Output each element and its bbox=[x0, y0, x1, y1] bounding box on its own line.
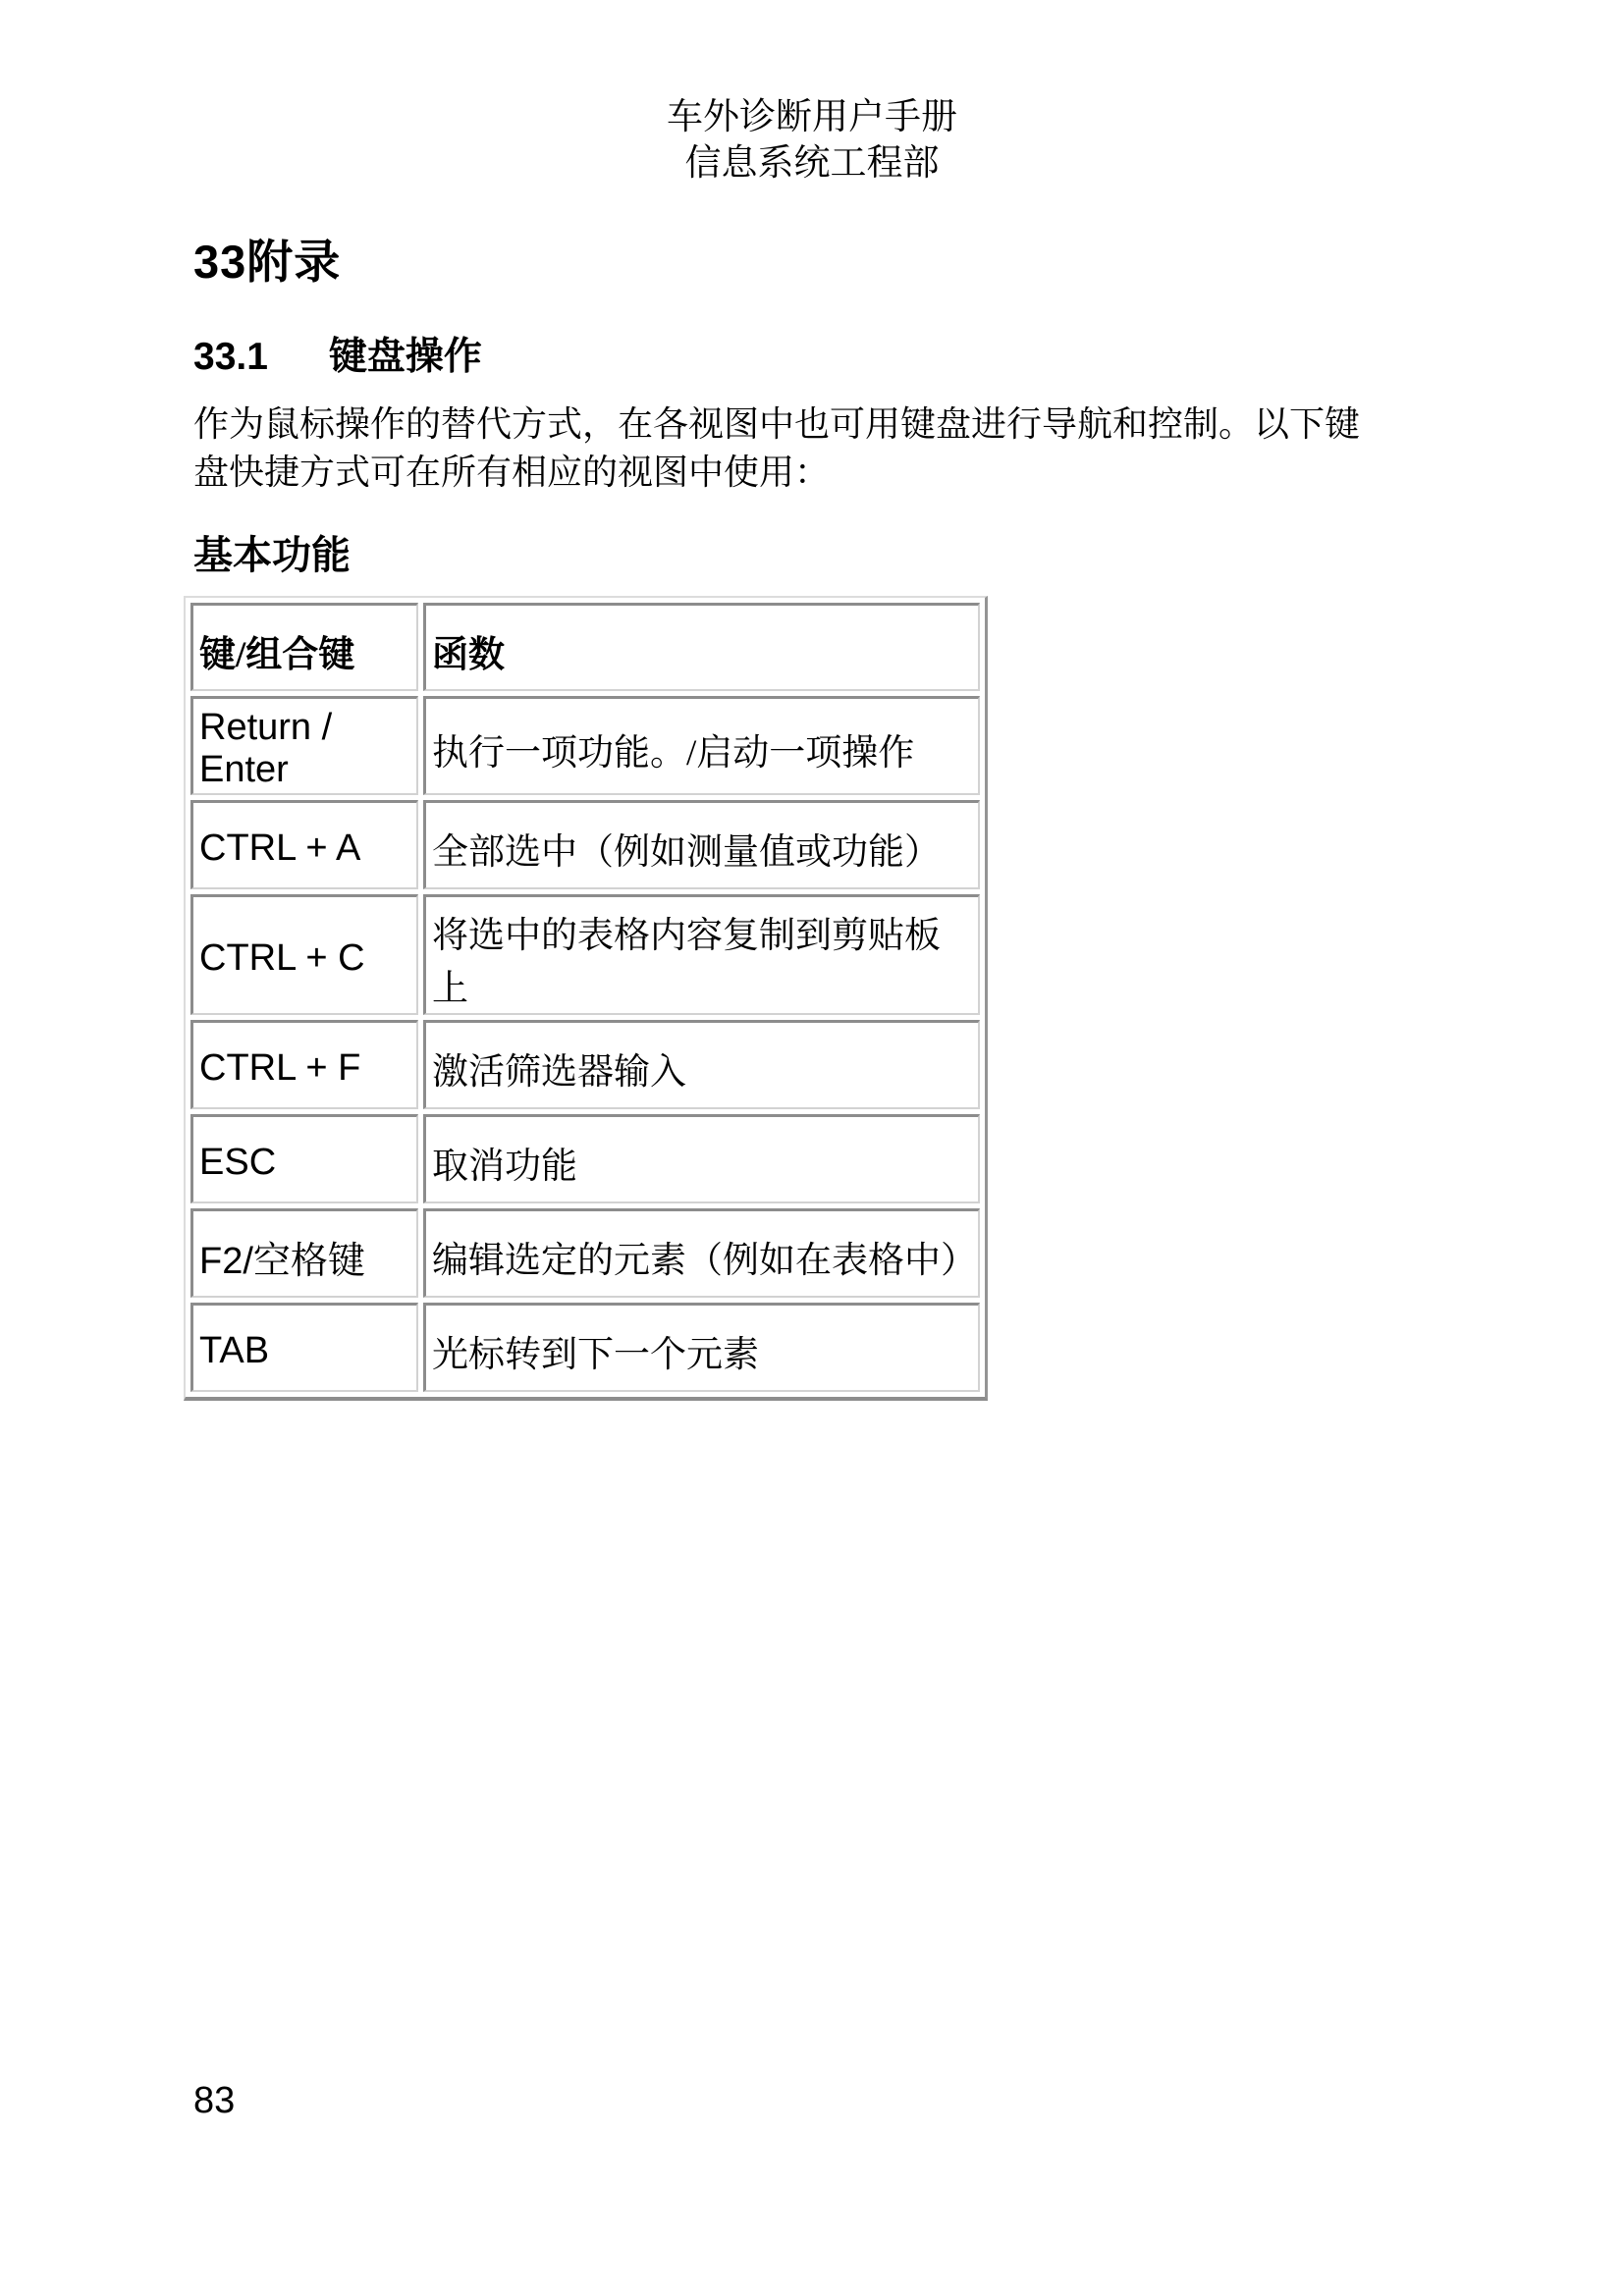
intro-line-2: 盘快捷方式可在所有相应的视图中使用： bbox=[193, 449, 1450, 497]
table-row: F2/空格键编辑选定的元素（例如在表格中） bbox=[190, 1208, 980, 1298]
function-cell: 执行一项功能。/启动一项操作 bbox=[423, 696, 980, 795]
function-cell: 将选中的表格内容复制到剪贴板上 bbox=[423, 894, 980, 1015]
section-heading: 33.1键盘操作 bbox=[193, 336, 482, 379]
basic-functions-subheading: 基本功能 bbox=[193, 533, 351, 578]
column-header-function: 函数 bbox=[423, 603, 980, 691]
table-row: Return / Enter执行一项功能。/启动一项操作 bbox=[190, 696, 980, 795]
key-cell: CTRL + A bbox=[190, 800, 418, 889]
section-number: 33.1 bbox=[193, 336, 268, 378]
function-cell: 激活筛选器输入 bbox=[423, 1020, 980, 1109]
page-number: 83 bbox=[193, 2079, 235, 2122]
table-row: ESC取消功能 bbox=[190, 1114, 980, 1203]
function-cell: 编辑选定的元素（例如在表格中） bbox=[423, 1208, 980, 1298]
key-cell: Return / Enter bbox=[190, 696, 418, 795]
function-cell: 取消功能 bbox=[423, 1114, 980, 1203]
table-row: TAB光标转到下一个元素 bbox=[190, 1303, 980, 1392]
table-body: Return / Enter执行一项功能。/启动一项操作CTRL + A全部选中… bbox=[190, 696, 980, 1392]
intro-line-1: 作为鼠标操作的替代方式，在各视图中也可用键盘进行导航和控制。以下键 bbox=[193, 400, 1450, 449]
table-header-row: 键/组合键 函数 bbox=[190, 603, 980, 691]
function-cell: 全部选中（例如测量值或功能） bbox=[423, 800, 980, 889]
chapter-title: 33附录 bbox=[193, 236, 341, 289]
intro-paragraph: 作为鼠标操作的替代方式，在各视图中也可用键盘进行导航和控制。以下键 盘快捷方式可… bbox=[193, 400, 1450, 497]
key-cell: CTRL + C bbox=[190, 894, 418, 1015]
table-row: CTRL + C将选中的表格内容复制到剪贴板上 bbox=[190, 894, 980, 1015]
document-department: 信息系统工程部 bbox=[0, 140, 1624, 187]
table-row: CTRL + F激活筛选器输入 bbox=[190, 1020, 980, 1109]
document-page: 车外诊断用户手册 信息系统工程部 33附录 33.1键盘操作 作为鼠标操作的替代… bbox=[0, 0, 1624, 2296]
section-title: 键盘操作 bbox=[329, 336, 482, 378]
key-cell: F2/空格键 bbox=[190, 1208, 418, 1298]
key-cell: CTRL + F bbox=[190, 1020, 418, 1109]
shortcuts-table: 键/组合键 函数 Return / Enter执行一项功能。/启动一项操作CTR… bbox=[184, 596, 988, 1401]
key-cell: ESC bbox=[190, 1114, 418, 1203]
key-cell: TAB bbox=[190, 1303, 418, 1392]
shortcuts-table-wrapper: 键/组合键 函数 Return / Enter执行一项功能。/启动一项操作CTR… bbox=[184, 596, 988, 1401]
function-cell: 光标转到下一个元素 bbox=[423, 1303, 980, 1392]
table-row: CTRL + A全部选中（例如测量值或功能） bbox=[190, 800, 980, 889]
document-title: 车外诊断用户手册 bbox=[0, 94, 1624, 140]
column-header-key: 键/组合键 bbox=[190, 603, 418, 691]
document-header: 车外诊断用户手册 信息系统工程部 bbox=[0, 94, 1624, 187]
